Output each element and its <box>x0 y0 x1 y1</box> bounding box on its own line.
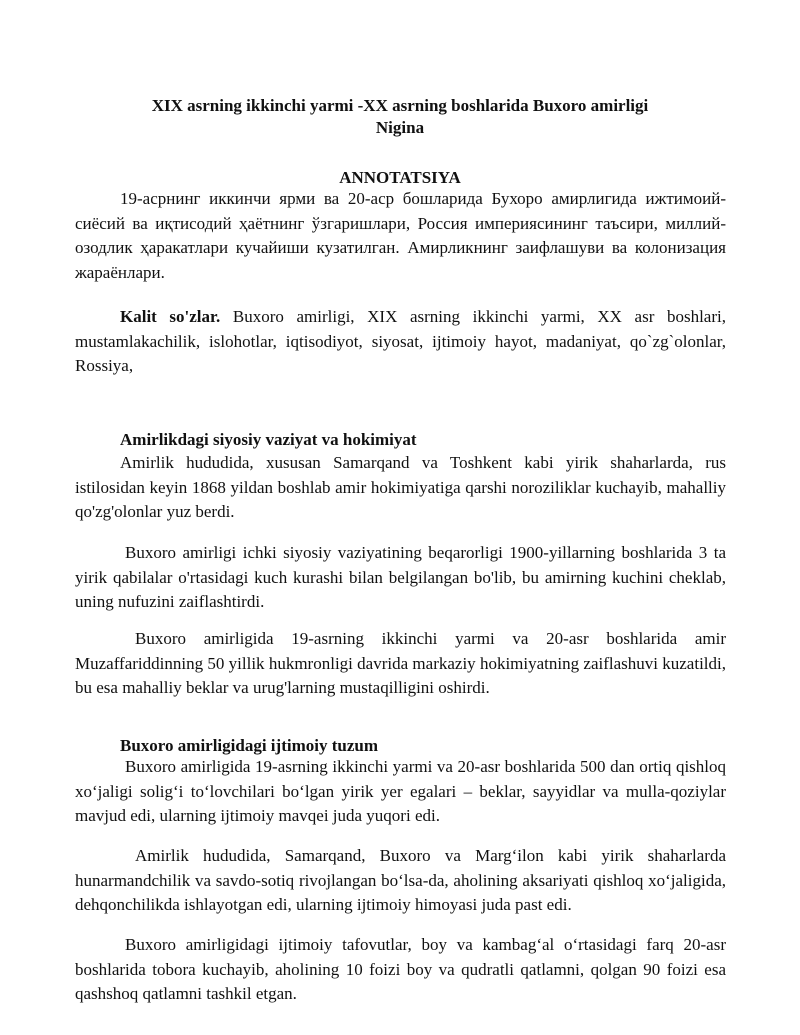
paragraph: Buxoro amirligida 19-asrning ikkinchi ya… <box>75 627 726 701</box>
paragraph: Buxoro amirligida 19-asrning ikkinchi ya… <box>75 755 726 829</box>
document-page: XIX asrning ikkinchi yarmi -XX asrning b… <box>0 0 800 1035</box>
section-heading-political: Amirlikdagi siyosiy vaziyat va hokimiyat <box>120 430 417 450</box>
annotation-text: 19-асрнинг иккинчи ярми ва 20-аср бошлар… <box>75 187 726 285</box>
paragraph: Amirlik hududida, Samarqand, Buxoro va M… <box>75 844 726 918</box>
section-heading-social: Buxoro amirligidagi ijtimoiy tuzum <box>120 736 378 756</box>
document-title: XIX asrning ikkinchi yarmi -XX asrning b… <box>0 96 800 116</box>
keywords-paragraph: Kalit so'zlar. Buxoro amirligi, XIX asrn… <box>75 305 726 379</box>
annotation-heading: ANNOTATSIYA <box>0 168 800 188</box>
paragraph: Buxoro amirligidagi ijtimoiy tafovutlar,… <box>75 933 726 1007</box>
keywords-label: Kalit so'zlar. <box>120 307 220 326</box>
author-name: Nigina <box>0 118 800 138</box>
paragraph: Amirlik hududida, xususan Samarqand va T… <box>75 451 726 525</box>
paragraph: Buxoro amirligi ichki siyosiy vaziyatini… <box>75 541 726 615</box>
